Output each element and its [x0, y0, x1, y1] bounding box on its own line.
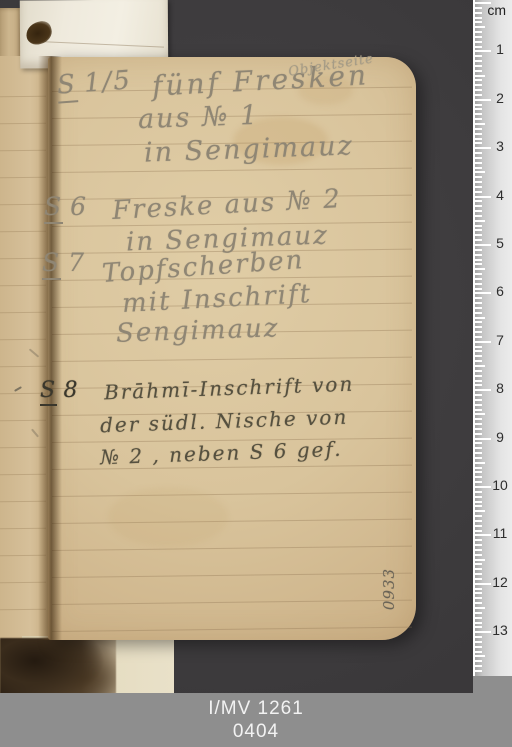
ruler-tick	[475, 128, 482, 130]
ruler-tick	[475, 94, 482, 96]
ruler-tick	[475, 46, 482, 48]
ruler-number: 12	[489, 574, 511, 590]
ruler-tick	[475, 254, 482, 256]
ruler-tick	[475, 142, 482, 144]
ruler-tick	[475, 336, 482, 338]
ruler-tick	[475, 181, 482, 183]
ruler-number: 3	[489, 138, 511, 154]
ruler-tick	[475, 481, 482, 483]
ruler-tick	[475, 36, 482, 38]
ruler-tick	[475, 423, 482, 425]
ruler-tick	[475, 409, 482, 411]
ruler-tick	[475, 268, 485, 270]
ruler-tick	[475, 191, 482, 193]
ruler-tick	[475, 665, 482, 667]
ruler-tick	[475, 297, 482, 299]
ruler-tick	[475, 55, 482, 57]
ruler-tick	[475, 592, 482, 594]
ruler-tick	[475, 171, 485, 173]
ruler-tick	[475, 612, 482, 614]
ruler-tick	[475, 607, 485, 609]
ruler-tick	[475, 549, 482, 551]
ruler-tick	[475, 283, 482, 285]
ruler-number: 7	[489, 332, 511, 348]
ruler-tick	[475, 510, 485, 512]
ruler-tick	[475, 31, 482, 33]
ruler-tick	[475, 617, 482, 619]
ruler-tick	[475, 263, 482, 265]
ruler-tick	[475, 505, 482, 507]
ruler-tick	[475, 259, 482, 261]
ruler-tick	[475, 346, 482, 348]
ruler-tick	[475, 70, 482, 72]
ruler-tick	[475, 626, 482, 628]
photo-stage: S 1/5 fünf Fresken aus № 1 in Sengimauz …	[0, 0, 512, 747]
ruler-tick	[475, 641, 482, 643]
ruler-tick	[475, 399, 482, 401]
s-letter: S	[44, 192, 63, 224]
ruler-tick	[475, 239, 482, 241]
ruler-tick	[475, 317, 485, 319]
ruler-unit-label: cm	[487, 2, 506, 18]
ruler-tick	[475, 660, 482, 662]
ruler-tick	[475, 113, 482, 115]
ruler-tick	[475, 384, 482, 386]
caption-bar: I/MV 1261 0404	[0, 693, 512, 747]
ruler-number: 6	[489, 283, 511, 299]
ruler-tick	[475, 452, 482, 454]
ruler-tick	[475, 501, 482, 503]
ruler-tick	[475, 365, 485, 367]
ruler-tick	[475, 225, 482, 227]
ruler-tick	[475, 12, 482, 14]
ruler-tick	[475, 302, 482, 304]
cm-ruler: 12345678910111213	[473, 0, 512, 676]
ruler-tick	[475, 79, 482, 81]
ruler-tick	[475, 588, 482, 590]
ruler-tick	[475, 476, 482, 478]
entry-line: aus № 1	[137, 100, 259, 135]
ruler-tick	[475, 651, 482, 653]
ruler-tick	[475, 520, 482, 522]
ruler-tick	[475, 462, 485, 464]
ruler-number: 1	[489, 41, 511, 57]
ruler-tick	[475, 288, 482, 290]
ruler-tick	[475, 360, 482, 362]
ruler-tick	[475, 655, 485, 657]
ruler-number: 9	[489, 429, 511, 445]
ruler-tick	[475, 312, 482, 314]
ruler-tick	[475, 471, 482, 473]
ruler-tick	[475, 7, 482, 9]
ruler-tick	[475, 428, 482, 430]
ruler-tick	[475, 568, 482, 570]
ruler-number: 4	[489, 187, 511, 203]
s-letter: S	[56, 69, 78, 103]
ruler-tick	[475, 60, 482, 62]
ruler-tick	[475, 515, 482, 517]
entry-label-s7: S 7	[42, 248, 86, 277]
ruler-tick	[475, 467, 482, 469]
ruler-tick	[475, 186, 482, 188]
ruler-tick	[475, 491, 482, 493]
ruler-tick	[475, 138, 482, 140]
ruler-tick	[475, 554, 482, 556]
entry-number: 8	[63, 378, 79, 403]
ruler-tick	[475, 210, 482, 212]
ruler-tick	[475, 307, 482, 309]
paper-stain	[108, 487, 228, 547]
ruler-tick	[475, 176, 482, 178]
ruler-tick	[475, 167, 482, 169]
binding-gutter-shadow	[38, 56, 62, 640]
ruler-tick	[475, 152, 482, 154]
ruler-tick	[475, 133, 482, 135]
entry-label-s1-5: S 1/5	[56, 65, 133, 100]
paper-scrap-dark	[0, 638, 116, 695]
ruler-tick	[475, 326, 482, 328]
ruler-tick	[475, 123, 485, 125]
ruler-tick	[475, 530, 482, 532]
entry-number: 7	[68, 248, 86, 277]
ruler-tick	[475, 331, 482, 333]
ruler-tick	[475, 249, 482, 251]
ruler-tick	[475, 433, 482, 435]
ruler-tick	[475, 215, 482, 217]
vertical-page-number: 0933	[380, 568, 398, 610]
ruler-tick	[475, 496, 482, 498]
ruler-tick	[475, 355, 482, 357]
ruler-tick	[475, 670, 482, 672]
ruler-number: 13	[489, 622, 511, 638]
ruler-tick	[475, 563, 482, 565]
s-letter: S	[40, 378, 57, 406]
inventory-number: I/MV 1261	[208, 698, 304, 720]
ruler-tick	[475, 602, 482, 604]
ruler-tick	[475, 84, 482, 86]
entry-label-s6: S 6	[44, 192, 88, 221]
entry-label-s8: S 8	[40, 378, 79, 403]
ruler-number: 8	[489, 380, 511, 396]
entry-line: Sengimauz	[116, 313, 280, 349]
flap-crease	[44, 41, 164, 47]
ruler-tick	[475, 278, 482, 280]
ruler-tick	[475, 544, 482, 546]
ruler-tick	[475, 108, 482, 110]
ruler-tick	[475, 321, 482, 323]
ruler-tick	[475, 89, 482, 91]
ruler-tick	[475, 375, 482, 377]
ruler-tick	[475, 646, 482, 648]
ruler-tick	[475, 229, 482, 231]
ruler-tick	[475, 65, 482, 67]
entry-number: 6	[70, 192, 88, 221]
ruler-number: 5	[489, 235, 511, 251]
ruler-tick	[475, 41, 482, 43]
ruler-tick	[475, 380, 482, 382]
ruler-tick	[475, 622, 482, 624]
ruler-tick	[475, 157, 482, 159]
ruler-tick	[475, 26, 485, 28]
ruler-tick	[475, 573, 482, 575]
ruler-tick	[475, 205, 482, 207]
ruler-tick	[475, 17, 482, 19]
ruler-tick	[475, 418, 482, 420]
ruler-tick	[475, 234, 482, 236]
ruler-number: 2	[489, 90, 511, 106]
ruler-tick	[475, 636, 482, 638]
ruler-number: 11	[489, 525, 511, 541]
ruler-tick	[475, 350, 482, 352]
ruler-tick	[475, 413, 485, 415]
ruler-tick	[475, 457, 482, 459]
ruler-tick	[475, 200, 482, 202]
ruler-below-gray	[473, 676, 512, 694]
ruler-tick	[475, 525, 482, 527]
ruler-tick	[475, 597, 482, 599]
image-sequence-number: 0404	[233, 721, 279, 743]
ruler-tick	[475, 442, 482, 444]
ruler-tick	[475, 162, 482, 164]
ruler-tick	[475, 75, 485, 77]
ruler-number: 10	[489, 477, 511, 493]
entry-number: 1/5	[83, 65, 133, 98]
ruler-tick	[475, 220, 485, 222]
ruler-tick	[475, 404, 482, 406]
ruler-tick	[475, 539, 482, 541]
s-letter: S	[42, 248, 61, 280]
ruler-tick	[475, 559, 485, 561]
ruler-tick	[475, 118, 482, 120]
ruler-tick	[475, 370, 482, 372]
ruler-tick	[475, 578, 482, 580]
ruler-tick	[475, 273, 482, 275]
ruler-tick	[475, 447, 482, 449]
ruler-tick	[475, 104, 482, 106]
ruler-tick	[475, 394, 482, 396]
ruler-tick	[475, 21, 482, 23]
